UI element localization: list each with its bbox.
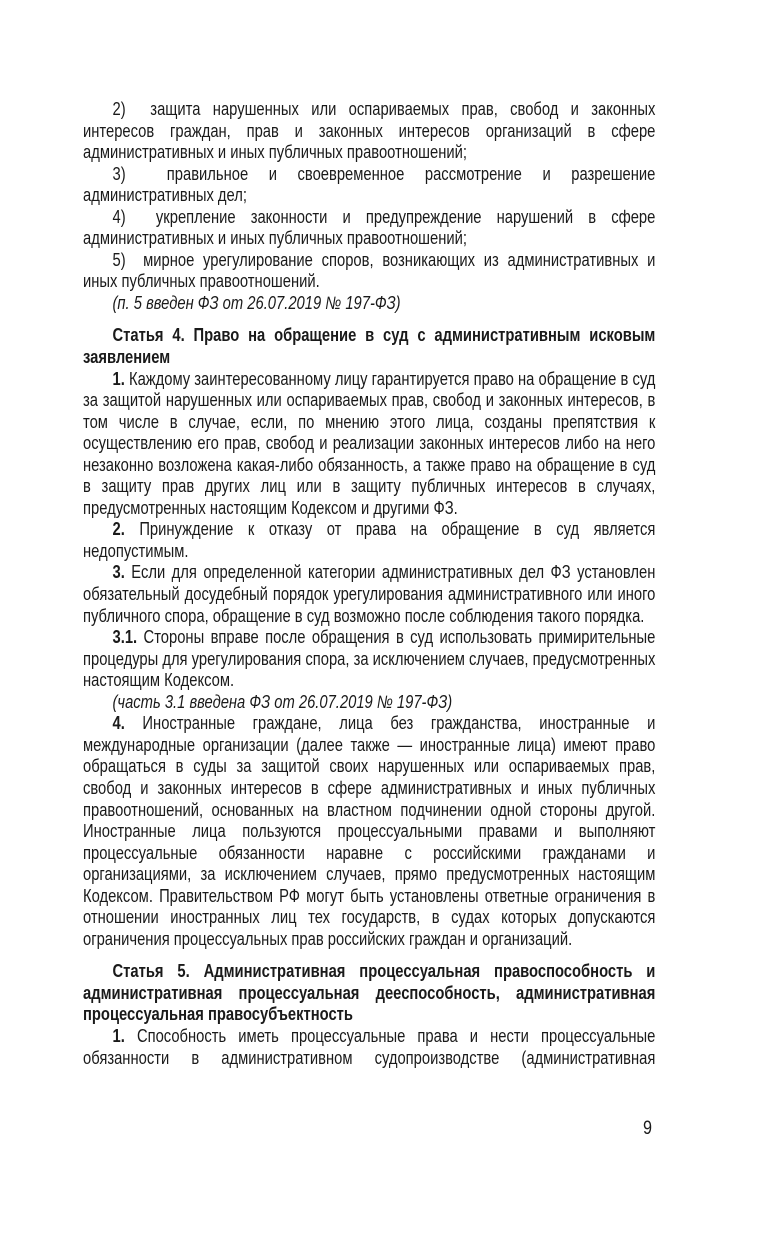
part-number: 2. xyxy=(113,519,125,539)
article-4-part-4: 4. Иностранные граждане, лица без гражда… xyxy=(83,713,655,950)
article-4-part-3-1: 3.1. Стороны вправе после обращения в су… xyxy=(83,627,655,692)
part-text: Если для определенной категории админист… xyxy=(83,562,655,625)
list-text: защита нарушенных или оспариваемых прав,… xyxy=(83,99,655,162)
list-marker: 2) xyxy=(113,99,126,119)
amendment-note: (часть 3.1 введена ФЗ от 26.07.2019 № 19… xyxy=(83,692,655,714)
article-4-part-3: 3. Если для определенной категории админ… xyxy=(83,562,655,627)
list-item-3: 3) правильное и своевременное рассмотрен… xyxy=(83,164,655,207)
part-number: 3.1. xyxy=(113,627,138,647)
article-4-part-1: 1. Каждому заинтересованному лицу гарант… xyxy=(83,369,655,520)
list-item-5: 5) мирное урегулирование споров, возника… xyxy=(83,250,655,293)
amendment-note: (п. 5 введен ФЗ от 26.07.2019 № 197-ФЗ) xyxy=(83,293,655,315)
page-number: 9 xyxy=(643,1118,652,1140)
list-marker: 3) xyxy=(113,164,126,184)
list-marker: 5) xyxy=(113,250,126,270)
part-text: Способность иметь процессуальные права и… xyxy=(83,1026,655,1068)
list-text: правильное и своевременное рассмотрение … xyxy=(83,164,655,206)
document-page: 2) защита нарушенных или оспариваемых пр… xyxy=(0,0,768,1240)
part-number: 3. xyxy=(113,562,125,582)
list-marker: 4) xyxy=(113,207,126,227)
list-item-4: 4) укрепление законности и предупреждени… xyxy=(83,207,655,250)
text-block: 2) защита нарушенных или оспариваемых пр… xyxy=(83,99,655,1069)
part-number: 1. xyxy=(113,1026,125,1046)
article-4-heading: Статья 4. Право на обращение в суд с адм… xyxy=(83,325,655,368)
part-text: Иностранные граждане, лица без гражданст… xyxy=(83,713,655,948)
part-text: Стороны вправе после обращения в суд исп… xyxy=(83,627,655,690)
part-text: Принуждение к отказу от права на обращен… xyxy=(83,519,655,561)
article-5-part-1: 1. Способность иметь процессуальные прав… xyxy=(83,1026,655,1069)
article-5-heading: Статья 5. Административная процессуальна… xyxy=(83,961,655,1026)
part-text: Каждому заинтересованному лицу гарантиру… xyxy=(83,369,655,518)
list-item-2: 2) защита нарушенных или оспариваемых пр… xyxy=(83,99,655,164)
article-4-part-2: 2. Принуждение к отказу от права на обра… xyxy=(83,519,655,562)
list-text: мирное урегулирование споров, возникающи… xyxy=(83,250,655,292)
list-text: укрепление законности и предупреждение н… xyxy=(83,207,655,249)
part-number: 1. xyxy=(113,369,125,389)
part-number: 4. xyxy=(113,713,125,733)
